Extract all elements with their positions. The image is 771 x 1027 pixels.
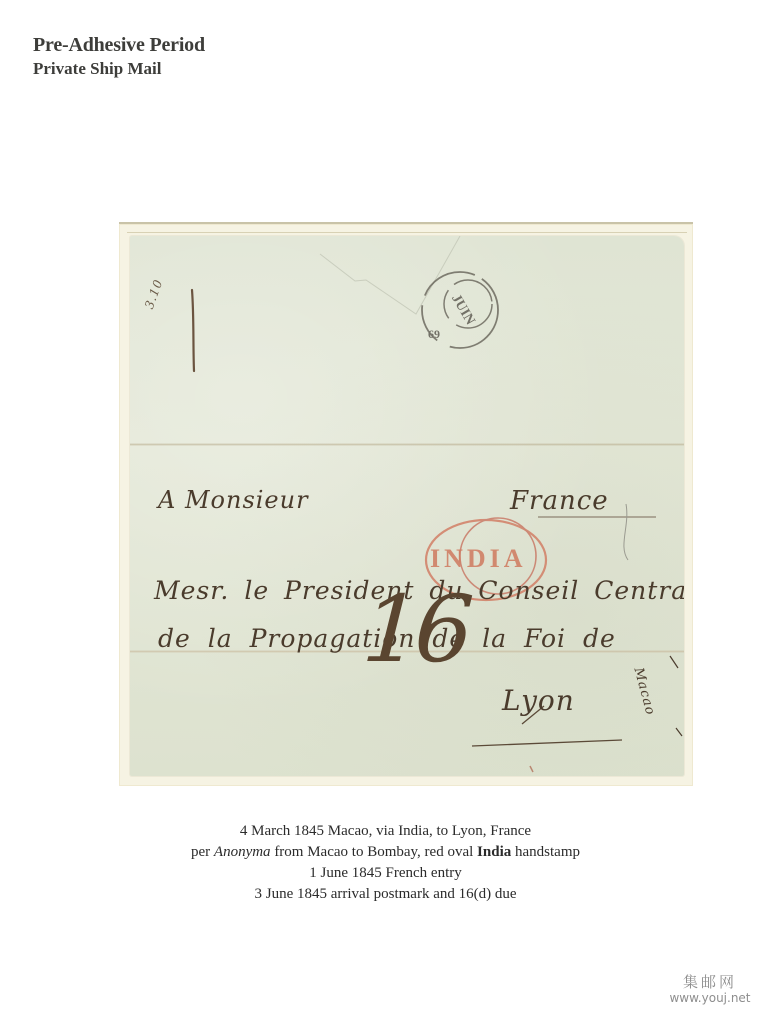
caption-text: handstamp <box>511 844 580 860</box>
watermark-url: www.youj.net <box>658 991 762 1005</box>
svg-text:69: 69 <box>428 327 440 341</box>
address-salutation: A Monsieur <box>158 486 309 514</box>
svg-text:JUIN: JUIN <box>448 292 477 328</box>
caption-line-1: 4 March 1845 Macao, via India, to Lyon, … <box>0 821 771 842</box>
watermark-chinese: 集邮网 <box>658 973 762 991</box>
page-heading: Pre-Adhesive Period Private Ship Mail <box>33 33 205 80</box>
handstamp-name: India <box>477 844 511 860</box>
caption-text: per <box>191 844 214 860</box>
cover-description: 4 March 1845 Macao, via India, to Lyon, … <box>0 821 771 905</box>
caption-line-3: 1 June 1845 French entry <box>0 863 771 884</box>
site-watermark: 集邮网 www.youj.net <box>658 973 762 1005</box>
address-routing: France <box>510 486 609 516</box>
caption-line-4: 3 June 1845 arrival postmark and 16(d) d… <box>0 884 771 905</box>
india-handstamp-text: INDIA <box>430 544 527 574</box>
page-title: Pre-Adhesive Period <box>33 33 205 57</box>
arrival-postmark: JUIN 69 <box>422 272 498 348</box>
address-city: Lyon <box>502 684 575 717</box>
caption-text: from Macao to Bombay, red oval <box>271 844 477 860</box>
page-subtitle: Private Ship Mail <box>33 58 205 80</box>
stampless-cover: JUIN 69 3.10 INDIA A Monsieur France Mes… <box>130 236 684 776</box>
ship-name: Anonyma <box>214 844 271 860</box>
caption-line-2: per Anonyma from Macao to Bombay, red ov… <box>0 842 771 863</box>
